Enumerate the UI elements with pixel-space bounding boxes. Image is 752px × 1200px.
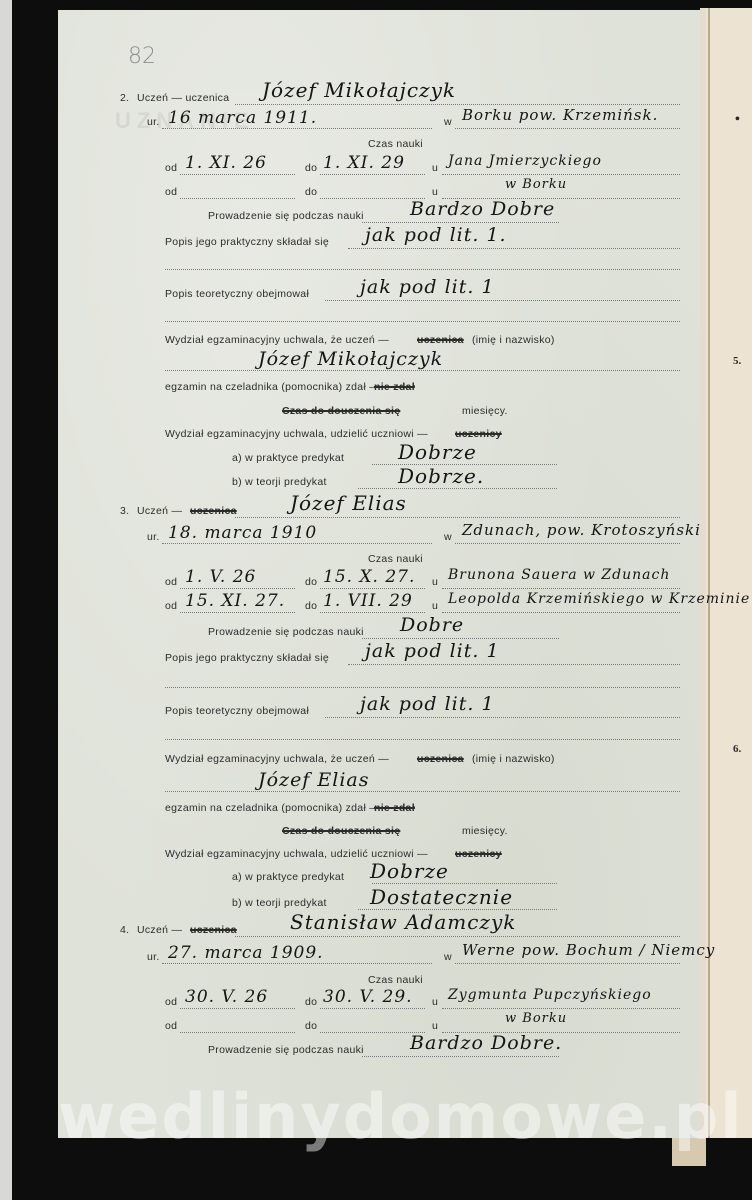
practical-exam-value: jak pod lit. 1.	[365, 224, 507, 246]
practice-grade-label: a) w praktyce predykat	[232, 452, 344, 464]
birth-place: Borku pow. Krzemińsk.	[462, 106, 658, 124]
from-label: od	[165, 600, 177, 612]
struck-retraining-time: Czas do douczenia się	[282, 405, 400, 417]
conduct-value: Dobre	[400, 614, 464, 636]
months-label: miesięcy.	[462, 825, 508, 837]
dotted-line	[320, 612, 425, 613]
passed-apprentice-name: Józef Elias	[258, 769, 369, 791]
dotted-line	[442, 588, 680, 589]
dotted-line	[180, 588, 295, 589]
theoretical-exam-label: Popis teoretyczny obejmował	[165, 705, 309, 717]
dotted-line	[455, 543, 680, 544]
conduct-value: Bardzo Dobre	[410, 198, 555, 220]
name-hint: (imię i nazwisko)	[472, 753, 555, 765]
months-label: miesięcy.	[462, 405, 508, 417]
theory-grade-value: Dostatecznie	[370, 885, 513, 909]
dotted-line	[442, 174, 680, 175]
dotted-line	[180, 198, 295, 199]
to-label: do	[305, 1020, 317, 1032]
at-master-label: u	[432, 162, 438, 174]
period-to: 15. X. 27.	[323, 567, 415, 587]
from-label: od	[165, 1020, 177, 1032]
struck-not-passed: nie zdał	[374, 802, 415, 814]
at-master-label: u	[432, 576, 438, 588]
dotted-line	[442, 612, 680, 613]
struck-female-form: uczenica	[190, 924, 237, 936]
birth-place: Zdunach, pow. Krotoszyński	[462, 521, 701, 539]
from-label: od	[165, 162, 177, 174]
theory-grade-value: Dobrze.	[398, 464, 484, 488]
struck-female-form: uczenica	[417, 334, 464, 346]
dotted-line	[348, 664, 680, 665]
grade-resolution-label: Wydział egzaminacyjny uchwala, udzielić …	[165, 428, 428, 440]
from-label: od	[165, 576, 177, 588]
entry-number: 3.	[120, 505, 129, 517]
birth-place: Werne pow. Bochum / Niemcy	[462, 941, 715, 959]
entry-number: 4.	[120, 924, 129, 936]
struck-female-form: uczenicy	[455, 428, 502, 440]
period-from: 1. V. 26	[185, 567, 256, 587]
dotted-line	[362, 1056, 559, 1057]
dotted-line	[165, 321, 680, 322]
dotted-line	[320, 174, 425, 175]
struck-female-form: uczenica	[190, 505, 237, 517]
dotted-line	[162, 128, 432, 129]
at-master-label: u	[432, 600, 438, 612]
to-label: do	[305, 576, 317, 588]
struck-not-passed: nie zdał	[374, 381, 415, 393]
entry-heading: Uczeń —	[137, 924, 182, 936]
dotted-line	[180, 1008, 295, 1009]
dotted-line	[162, 963, 432, 964]
next-page-number-5: 5.	[733, 355, 741, 367]
theoretical-exam-label: Popis teoretyczny obejmował	[165, 288, 309, 300]
period-to: 1. VII. 29	[323, 591, 413, 611]
dotted-line	[180, 1032, 295, 1033]
pencil-page-number: 82	[128, 44, 156, 69]
page-fold	[708, 8, 710, 1138]
dotted-line	[358, 488, 557, 489]
master-name: Brunona Sauera w Zdunach	[448, 567, 670, 583]
master-name: Jana Jmierzyckiego	[448, 153, 602, 169]
theoretical-exam-value: jak pod lit. 1	[360, 693, 495, 715]
dotted-line	[162, 543, 432, 544]
period-from: 30. V. 26	[185, 987, 268, 1007]
to-label: do	[305, 186, 317, 198]
to-label: do	[305, 162, 317, 174]
conduct-value: Bardzo Dobre.	[410, 1032, 562, 1054]
dotted-line	[455, 963, 680, 964]
apprentice-name: Józef Mikołajczyk	[262, 78, 456, 102]
practical-exam-value: jak pod lit. 1	[365, 640, 500, 662]
birth-date: 16 marca 1911.	[168, 108, 317, 128]
master-name: Leopolda Krzemińskiego w Krzeminie	[448, 591, 750, 607]
theoretical-exam-value: jak pod lit. 1	[360, 276, 495, 298]
born-label: ur.	[147, 531, 160, 543]
practice-grade-label: a) w praktyce predykat	[232, 871, 344, 883]
dotted-line	[320, 588, 425, 589]
name-hint: (imię i nazwisko)	[472, 334, 555, 346]
dotted-line	[320, 1008, 425, 1009]
dotted-line	[165, 739, 680, 740]
born-label: ur.	[147, 116, 160, 128]
dotted-line	[235, 936, 680, 937]
conduct-label: Prowadzenie się podczas nauki	[208, 626, 364, 638]
dotted-line	[362, 638, 559, 639]
apprenticeship-period-heading: Czas nauki	[368, 138, 423, 150]
dotted-line	[165, 269, 680, 270]
next-page-number-6: 6.	[733, 743, 741, 755]
master-name: w Borku	[505, 1011, 567, 1026]
dotted-line	[325, 300, 680, 301]
apprentice-name: Stanisław Adamczyk	[290, 910, 516, 934]
master-name: Zygmunta Pupczyńskiego	[448, 987, 652, 1003]
dotted-line	[180, 174, 295, 175]
dotted-line	[325, 717, 680, 718]
struck-female-form: uczenica	[417, 753, 464, 765]
entry-heading: Uczeń —	[137, 505, 182, 517]
master-name: w Borku	[505, 177, 567, 192]
to-label: do	[305, 600, 317, 612]
apprentice-name: Józef Elias	[290, 491, 407, 515]
dotted-line	[455, 128, 680, 129]
dotted-line	[348, 248, 680, 249]
from-label: od	[165, 996, 177, 1008]
dotted-line	[165, 687, 680, 688]
conduct-label: Prowadzenie się podczas nauki	[208, 210, 364, 222]
struck-female-form: uczenicy	[455, 848, 502, 860]
in-label: w	[444, 951, 452, 963]
dotted-line	[165, 370, 680, 371]
dotted-line	[442, 1008, 680, 1009]
practice-grade-value: Dobrze	[398, 440, 477, 464]
dotted-line	[165, 791, 680, 792]
period-to: 30. V. 29.	[323, 987, 413, 1007]
passed-apprentice-name: Józef Mikołajczyk	[258, 348, 443, 370]
struck-retraining-time: Czas do douczenia się	[282, 825, 400, 837]
exam-result-label: egzamin na czeladnika (pomocnika) zdał —	[165, 381, 380, 393]
entry-number: 2.	[120, 92, 129, 104]
entry-heading: Uczeń — uczenica	[137, 92, 229, 104]
in-label: w	[444, 531, 452, 543]
resolution-label: Wydział egzaminacyjny uchwala, że uczeń …	[165, 753, 389, 765]
dotted-line	[362, 222, 559, 223]
dotted-line	[180, 612, 295, 613]
birth-date: 18. marca 1910	[168, 523, 317, 543]
from-label: od	[165, 186, 177, 198]
at-master-label: u	[432, 996, 438, 1008]
dotted-line	[372, 883, 557, 884]
practical-exam-label: Popis jego praktyczny składał się	[165, 652, 329, 664]
bullet-mark: •	[735, 112, 740, 128]
period-from: 1. XI. 26	[185, 153, 267, 173]
period-from: 15. XI. 27.	[185, 591, 285, 611]
watermark: wedlinydomowe.pl	[58, 1080, 702, 1153]
at-master-label: u	[432, 1020, 438, 1032]
dotted-line	[235, 104, 680, 105]
to-label: do	[305, 996, 317, 1008]
born-label: ur.	[147, 951, 160, 963]
apprenticeship-period-heading: Czas nauki	[368, 974, 423, 986]
practical-exam-label: Popis jego praktyczny składał się	[165, 236, 329, 248]
exam-result-label: egzamin na czeladnika (pomocnika) zdał —	[165, 802, 380, 814]
resolution-label: Wydział egzaminacyjny uchwala, że uczeń …	[165, 334, 389, 346]
adjacent-page	[706, 8, 752, 1138]
theory-grade-label: b) w teorji predykat	[232, 897, 327, 909]
birth-date: 27. marca 1909.	[168, 943, 324, 963]
scan-margin-strip	[0, 0, 12, 1200]
conduct-label: Prowadzenie się podczas nauki	[208, 1044, 364, 1056]
dotted-line	[235, 517, 680, 518]
apprenticeship-period-heading: Czas nauki	[368, 553, 423, 565]
period-to: 1. XI. 29	[323, 153, 405, 173]
in-label: w	[444, 116, 452, 128]
theory-grade-label: b) w teorji predykat	[232, 476, 327, 488]
at-master-label: u	[432, 186, 438, 198]
practice-grade-value: Dobrze	[370, 859, 449, 883]
